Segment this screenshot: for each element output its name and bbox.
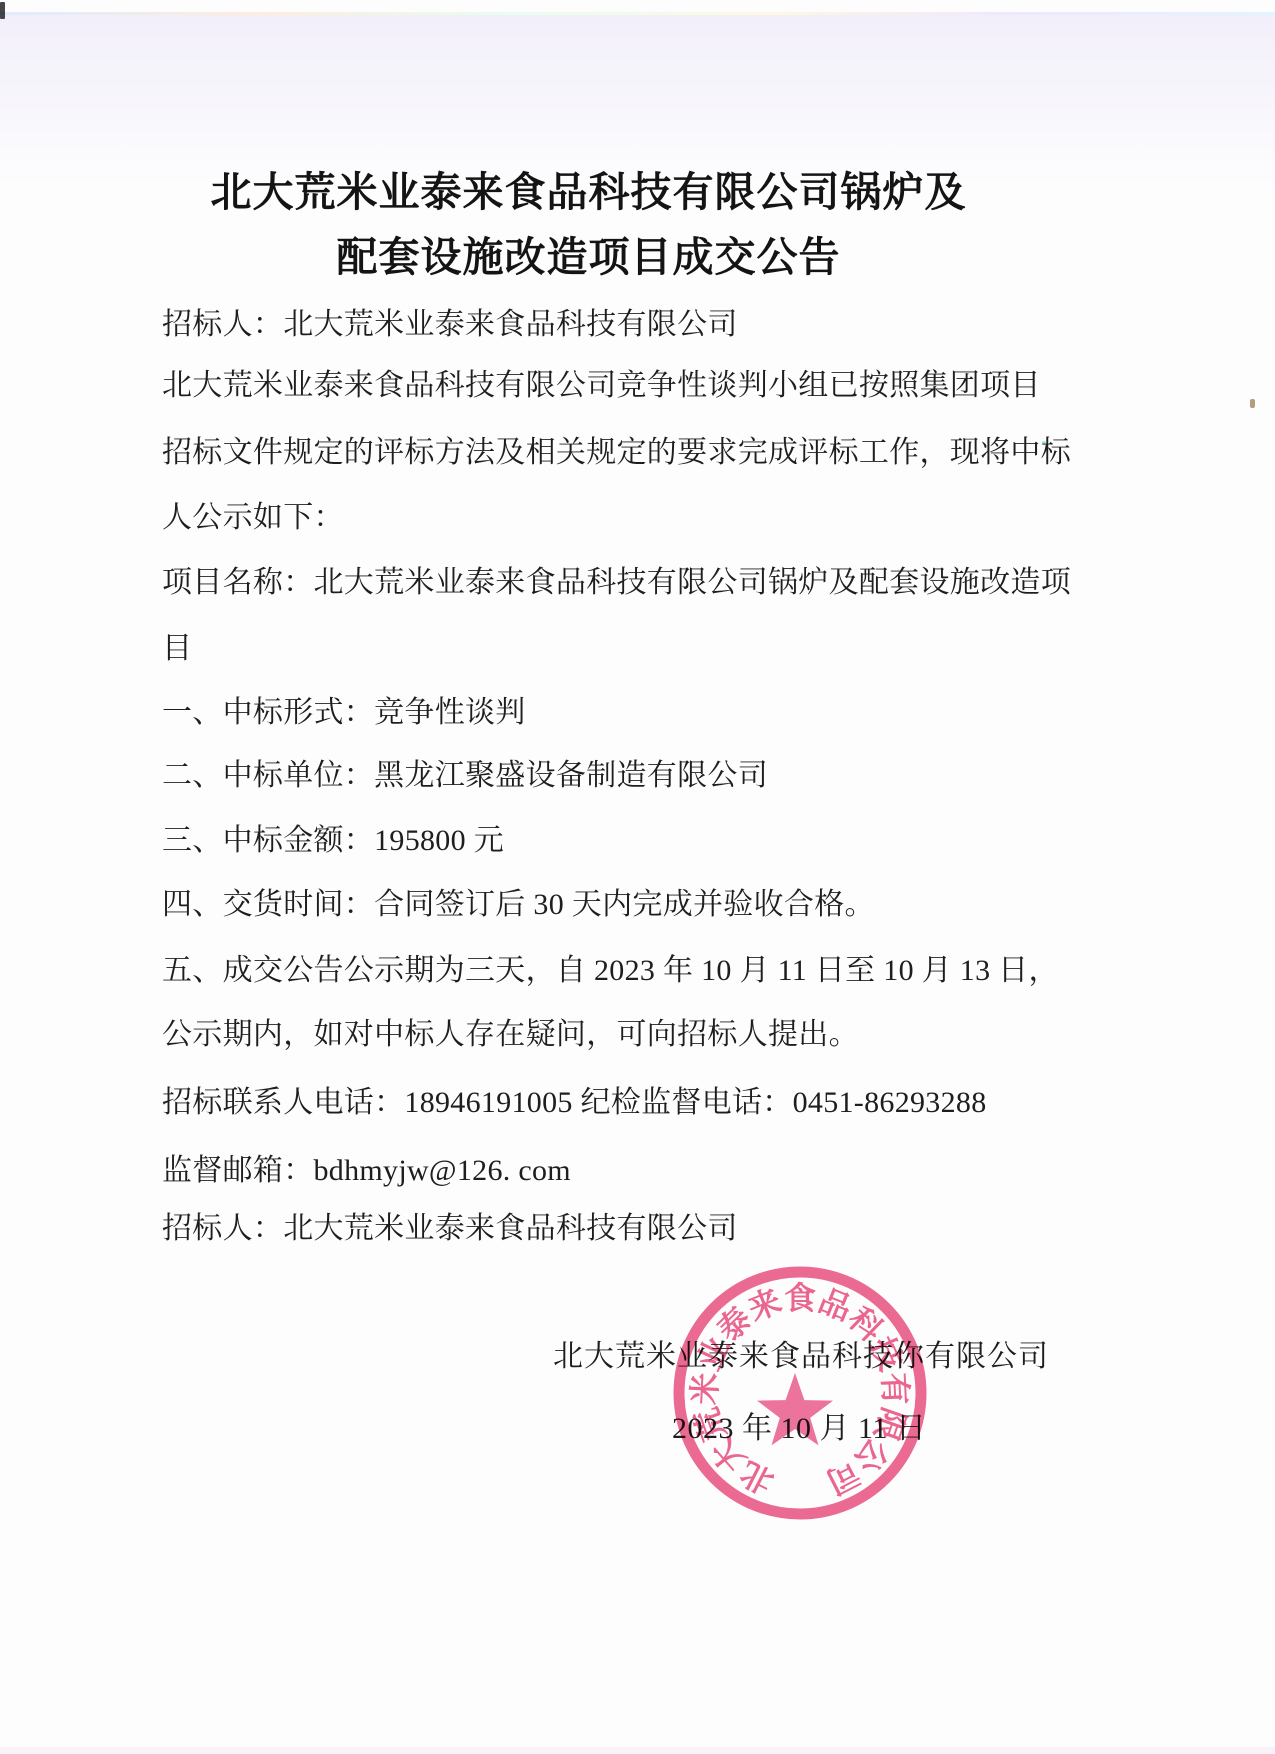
body-line-award-unit: 二、中标单位：黑龙江聚盛设备制造有限公司 (162, 758, 768, 794)
body-line-tenderer-repeat: 招标人：北大荒米业泰来食品科技有限公司 (162, 1211, 738, 1247)
body-line-project-name: 项目名称：北大荒米业泰来食品科技有限公司锅炉及配套设施改造项 (162, 565, 1071, 601)
company-stamp-seal: 北大荒米业泰来食品科技有限公司 (650, 1243, 950, 1543)
scan-speck (0, 2, 5, 19)
scan-tint-bottom (0, 1747, 1275, 1754)
page-title-line-1: 北大荒米业泰来食品科技有限公司锅炉及 (150, 168, 1027, 216)
scan-tint-top (0, 15, 1275, 185)
body-line-award-form: 一、中标形式：竞争性谈判 (162, 695, 526, 731)
body-line: 招标文件规定的评标方法及相关规定的要求完成评标工作，现将中标 (162, 435, 1071, 471)
body-line: 北大荒米业泰来食品科技有限公司竞争性谈判小组已按照集团项目 (162, 368, 1041, 404)
scan-speck (1250, 399, 1255, 408)
scanned-announcement-page: 北大荒米业泰来食品科技有限公司锅炉及 配套设施改造项目成交公告 招标人：北大荒米… (0, 0, 1275, 1754)
page-title-line-2: 配套设施改造项目成交公告 (150, 233, 1027, 281)
body-line: 公示期内，如对中标人存在疑问，可向招标人提出。 (162, 1017, 859, 1053)
body-line-award-amount: 三、中标金额：195800 元 (162, 823, 504, 859)
body-line-supervision-email: 监督邮箱：bdhmyjw@126. com (162, 1153, 571, 1189)
body-line-delivery-time: 四、交货时间：合同签订后 30 天内完成并验收合格。 (162, 887, 875, 923)
body-line-contact-phones: 招标联系人电话：18946191005 纪检监督电话：0451-86293288 (162, 1085, 987, 1121)
body-line-publicity-period: 五、成交公告公示期为三天，自 2023 年 10 月 11 日至 10 月 13… (162, 953, 1059, 989)
body-line-tenderer: 招标人：北大荒米业泰来食品科技有限公司 (162, 307, 738, 343)
body-line: 人公示如下： (162, 500, 344, 536)
stamp-star-icon (757, 1373, 833, 1445)
body-line: 目 (162, 631, 192, 667)
